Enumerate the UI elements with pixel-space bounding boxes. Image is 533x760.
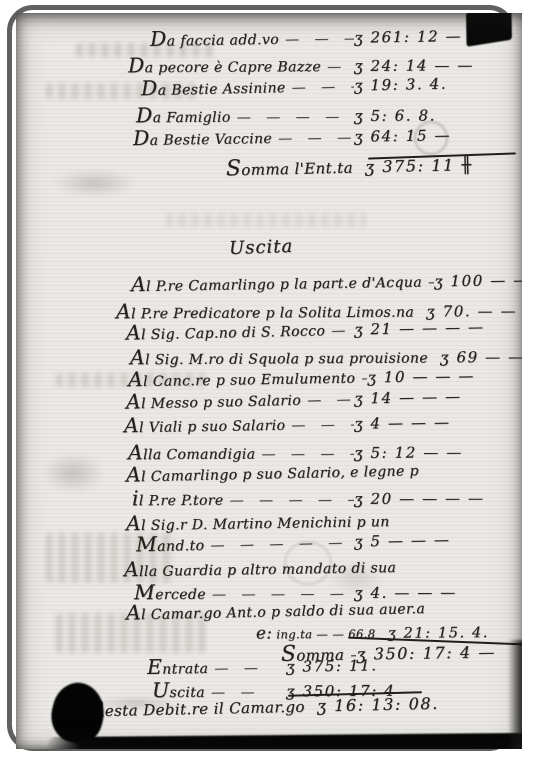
line-label: Entrata [147, 654, 209, 679]
ledger-page: Da faccia add.vo— — — . —ʒ 261: 12 —Da p… [16, 13, 522, 749]
scanned-ledger-screenshot: Da faccia add.vo— — — . —ʒ 261: 12 —Da p… [0, 0, 533, 760]
line-amount: ʒ 375: 11. [286, 655, 442, 675]
line-label: Resta Debit.re il Camar.go [88, 693, 305, 723]
dash-leader: — — [208, 660, 286, 677]
line-amount: ʒ 16: 13: 08. [317, 693, 473, 715]
